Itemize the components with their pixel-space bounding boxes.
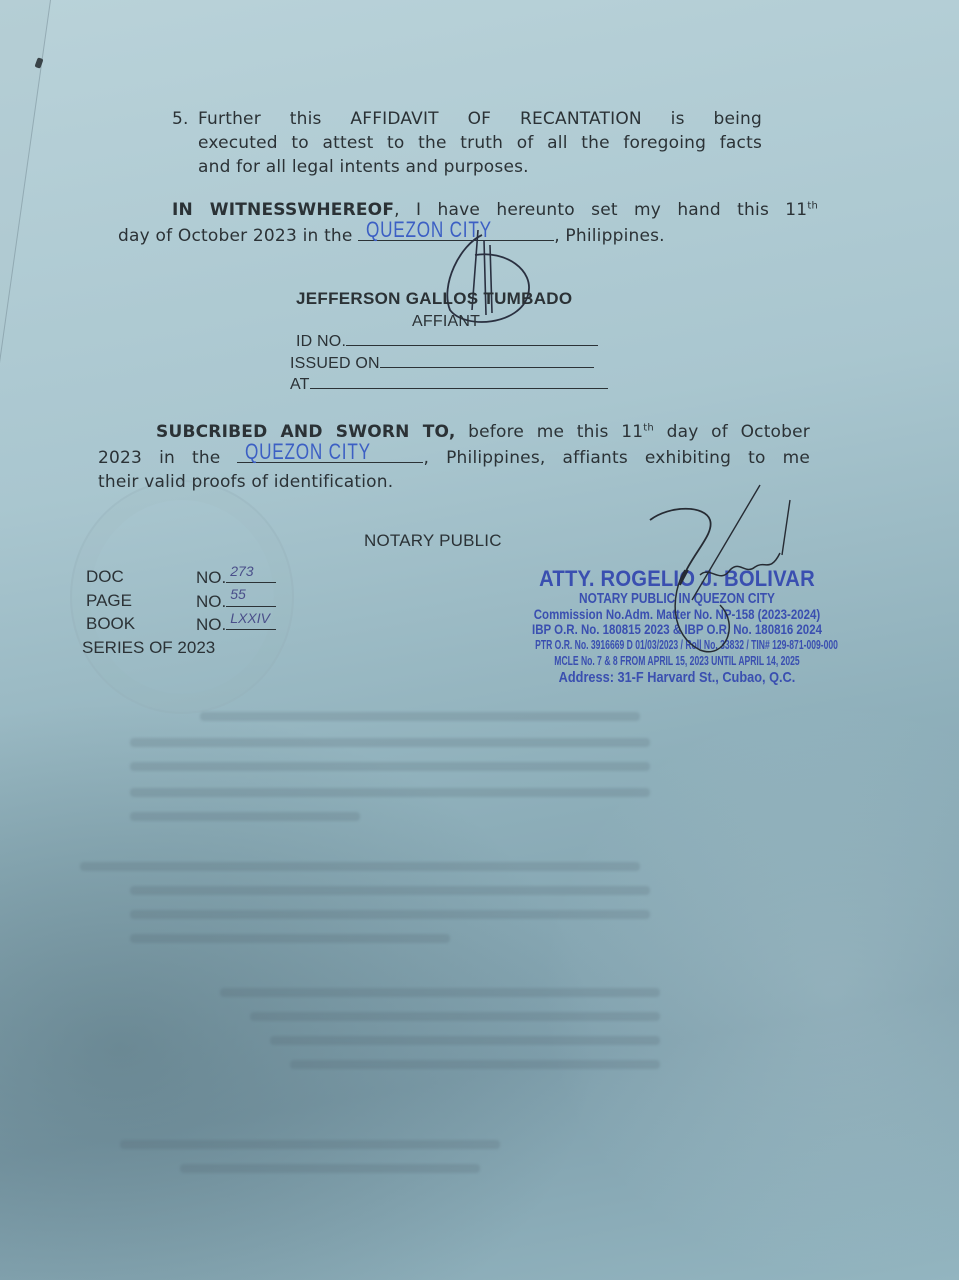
witness-clause: IN WITNESSWHEREOF, I have hereunto set m…: [118, 198, 818, 248]
notary-public-label: NOTARY PUBLIC: [364, 529, 502, 553]
witness-text: , Philippines.: [554, 226, 665, 246]
ordinal-suffix: th: [807, 200, 818, 211]
register-blank: LXXIV: [226, 613, 276, 630]
witness-lead: IN WITNESSWHEREOF: [172, 200, 394, 220]
register-key: BOOK: [86, 613, 196, 637]
witness-line-2: day of October 2023 in the QUEZON CITY, …: [118, 226, 665, 246]
notary-mcle: MCLE No. 7 & 8 FROM APRIL 15, 2023 UNTIL…: [535, 653, 819, 669]
jurat-line-2: 2023 in the QUEZON CITY, Philippines, af…: [98, 444, 810, 470]
register-blank: 55: [226, 590, 276, 607]
witness-text: day of October 2023 in the: [118, 226, 353, 246]
place-handwritten: QUEZON CITY: [245, 440, 371, 464]
register-blank: 273: [226, 566, 276, 583]
id-number-field: ID NO.: [290, 330, 598, 354]
no-label: NO.: [196, 568, 226, 587]
issued-on-blank[interactable]: [380, 353, 594, 368]
paragraph-line: executed to attest to the truth of all t…: [198, 131, 762, 155]
notary-commission: Commission No.Adm. Matter No. NP-158 (20…: [501, 607, 854, 622]
register-row-doc: DOC NO.273: [86, 566, 276, 590]
no-label: NO.: [196, 615, 226, 634]
jurat-line-1: SUBCRIBED AND SWORN TO, before me this 1…: [98, 420, 810, 444]
field-label: ISSUED ON: [290, 355, 380, 372]
no-label: NO.: [196, 592, 226, 611]
id-number-blank[interactable]: [346, 331, 598, 346]
place-handwritten: QUEZON CITY: [366, 218, 492, 242]
issued-at-blank[interactable]: [310, 374, 608, 389]
jurat-text: 2023 in the: [98, 448, 220, 468]
notary-title: NOTARY PUBLIC IN QUEZON CITY: [501, 592, 854, 607]
field-label: ID NO.: [290, 333, 346, 350]
jurat-text: before me this 11: [455, 422, 643, 442]
paragraph-line: and for all legal intents and purposes.: [198, 155, 762, 179]
jurat-line-3: their valid proofs of identification.: [98, 472, 393, 492]
notarial-register: DOC NO.273 PAGE NO.55 BOOK NO.LXXIV SERI…: [86, 566, 276, 659]
jurat-text: , Philippines, affiants exhibiting to me: [423, 448, 810, 468]
notary-ptr: PTR O.R. No. 3916669 D 01/03/2023 / Roll…: [535, 637, 819, 653]
place-blank: QUEZON CITY: [237, 444, 423, 463]
ordinal-suffix: th: [643, 422, 654, 433]
place-blank: QUEZON CITY: [358, 222, 554, 241]
paragraph-line: Further this AFFIDAVIT OF RECANTATION is…: [198, 107, 762, 131]
jurat-clause: SUBCRIBED AND SWORN TO, before me this 1…: [98, 420, 810, 494]
jurat-text: day of October: [654, 422, 810, 442]
book-number-handwritten: LXXIV: [230, 607, 270, 630]
page-number-handwritten: 55: [230, 583, 246, 606]
register-no: NO.LXXIV: [196, 613, 276, 637]
paragraph-number: 5.: [172, 107, 189, 131]
notary-address: Address: 31-F Harvard St., Cubao, Q.C.: [494, 669, 860, 686]
doc-number-handwritten: 273: [230, 560, 253, 583]
field-label: AT: [290, 376, 310, 393]
register-row-book: BOOK NO.LXXIV: [86, 613, 276, 637]
register-key: PAGE: [86, 590, 196, 614]
notary-name: ATTY. ROGELIO J. BOLIVAR: [479, 566, 875, 592]
notary-ibp: IBP O.R. No. 180815 2023 & IBP O.R. No. …: [501, 622, 854, 637]
register-series: SERIES OF 2023: [82, 637, 276, 660]
previous-page-edge: [0, 0, 51, 1280]
paragraph-5: 5. Further this AFFIDAVIT OF RECANTATION…: [172, 107, 762, 179]
notary-stamp: ATTY. ROGELIO J. BOLIVAR NOTARY PUBLIC I…: [462, 566, 892, 686]
register-key: DOC: [86, 566, 196, 590]
affiant-name: JEFFERSON GALLOS TUMBADO: [296, 287, 572, 311]
issued-at-field: AT: [290, 373, 608, 397]
